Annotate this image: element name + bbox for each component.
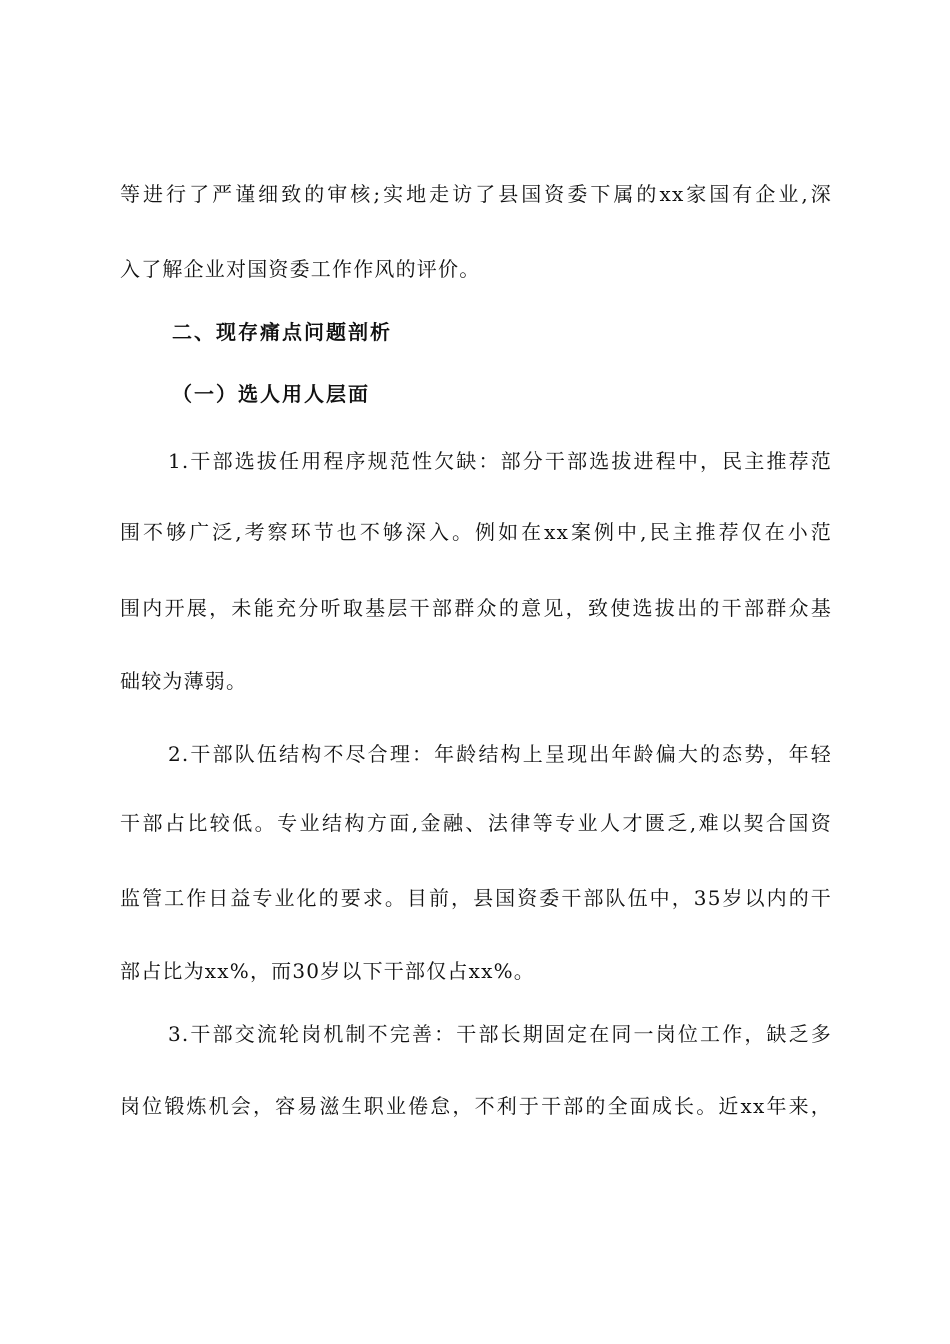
item-1-line: 围不够广泛,考察环节也不够深入。例如在xx案例中,民主推荐仅在小范: [120, 518, 832, 546]
document-page: 等进行了严谨细致的审核;实地走访了县国资委下属的xx家国有企业,深 入了解企业对…: [0, 0, 950, 1344]
item-2-line: 2.干部队伍结构不尽合理：年龄结构上呈现出年龄偏大的态势，年轻: [168, 740, 832, 768]
item-2-line: 监管工作日益专业化的要求。目前，县国资委干部队伍中，35岁以内的干: [120, 884, 832, 912]
item-1-line: 围内开展，未能充分听取基层干部群众的意见，致使选拔出的干部群众基: [120, 594, 832, 622]
item-2-line: 干部占比较低。专业结构方面,金融、法律等专业人才匮乏,难以契合国资: [120, 809, 832, 837]
section-heading: 二、现存痛点问题剖析: [172, 318, 392, 346]
item-3-line: 3.干部交流轮岗机制不完善：干部长期固定在同一岗位工作，缺乏多: [168, 1020, 832, 1048]
item-1-line: 础较为薄弱。: [120, 667, 832, 695]
paragraph-line: 入了解企业对国资委工作作风的评价。: [120, 255, 832, 283]
item-3-line: 岗位锻炼机会，容易滋生职业倦怠，不利于干部的全面成长。近xx年来，: [120, 1092, 832, 1120]
paragraph-line: 等进行了严谨细致的审核;实地走访了县国资委下属的xx家国有企业,深: [120, 180, 832, 208]
subsection-heading: （一）选人用人层面: [172, 380, 370, 408]
item-1-line: 1.干部选拔任用程序规范性欠缺：部分干部选拔进程中，民主推荐范: [168, 447, 832, 475]
item-2-line: 部占比为xx%，而30岁以下干部仅占xx%。: [120, 957, 832, 985]
